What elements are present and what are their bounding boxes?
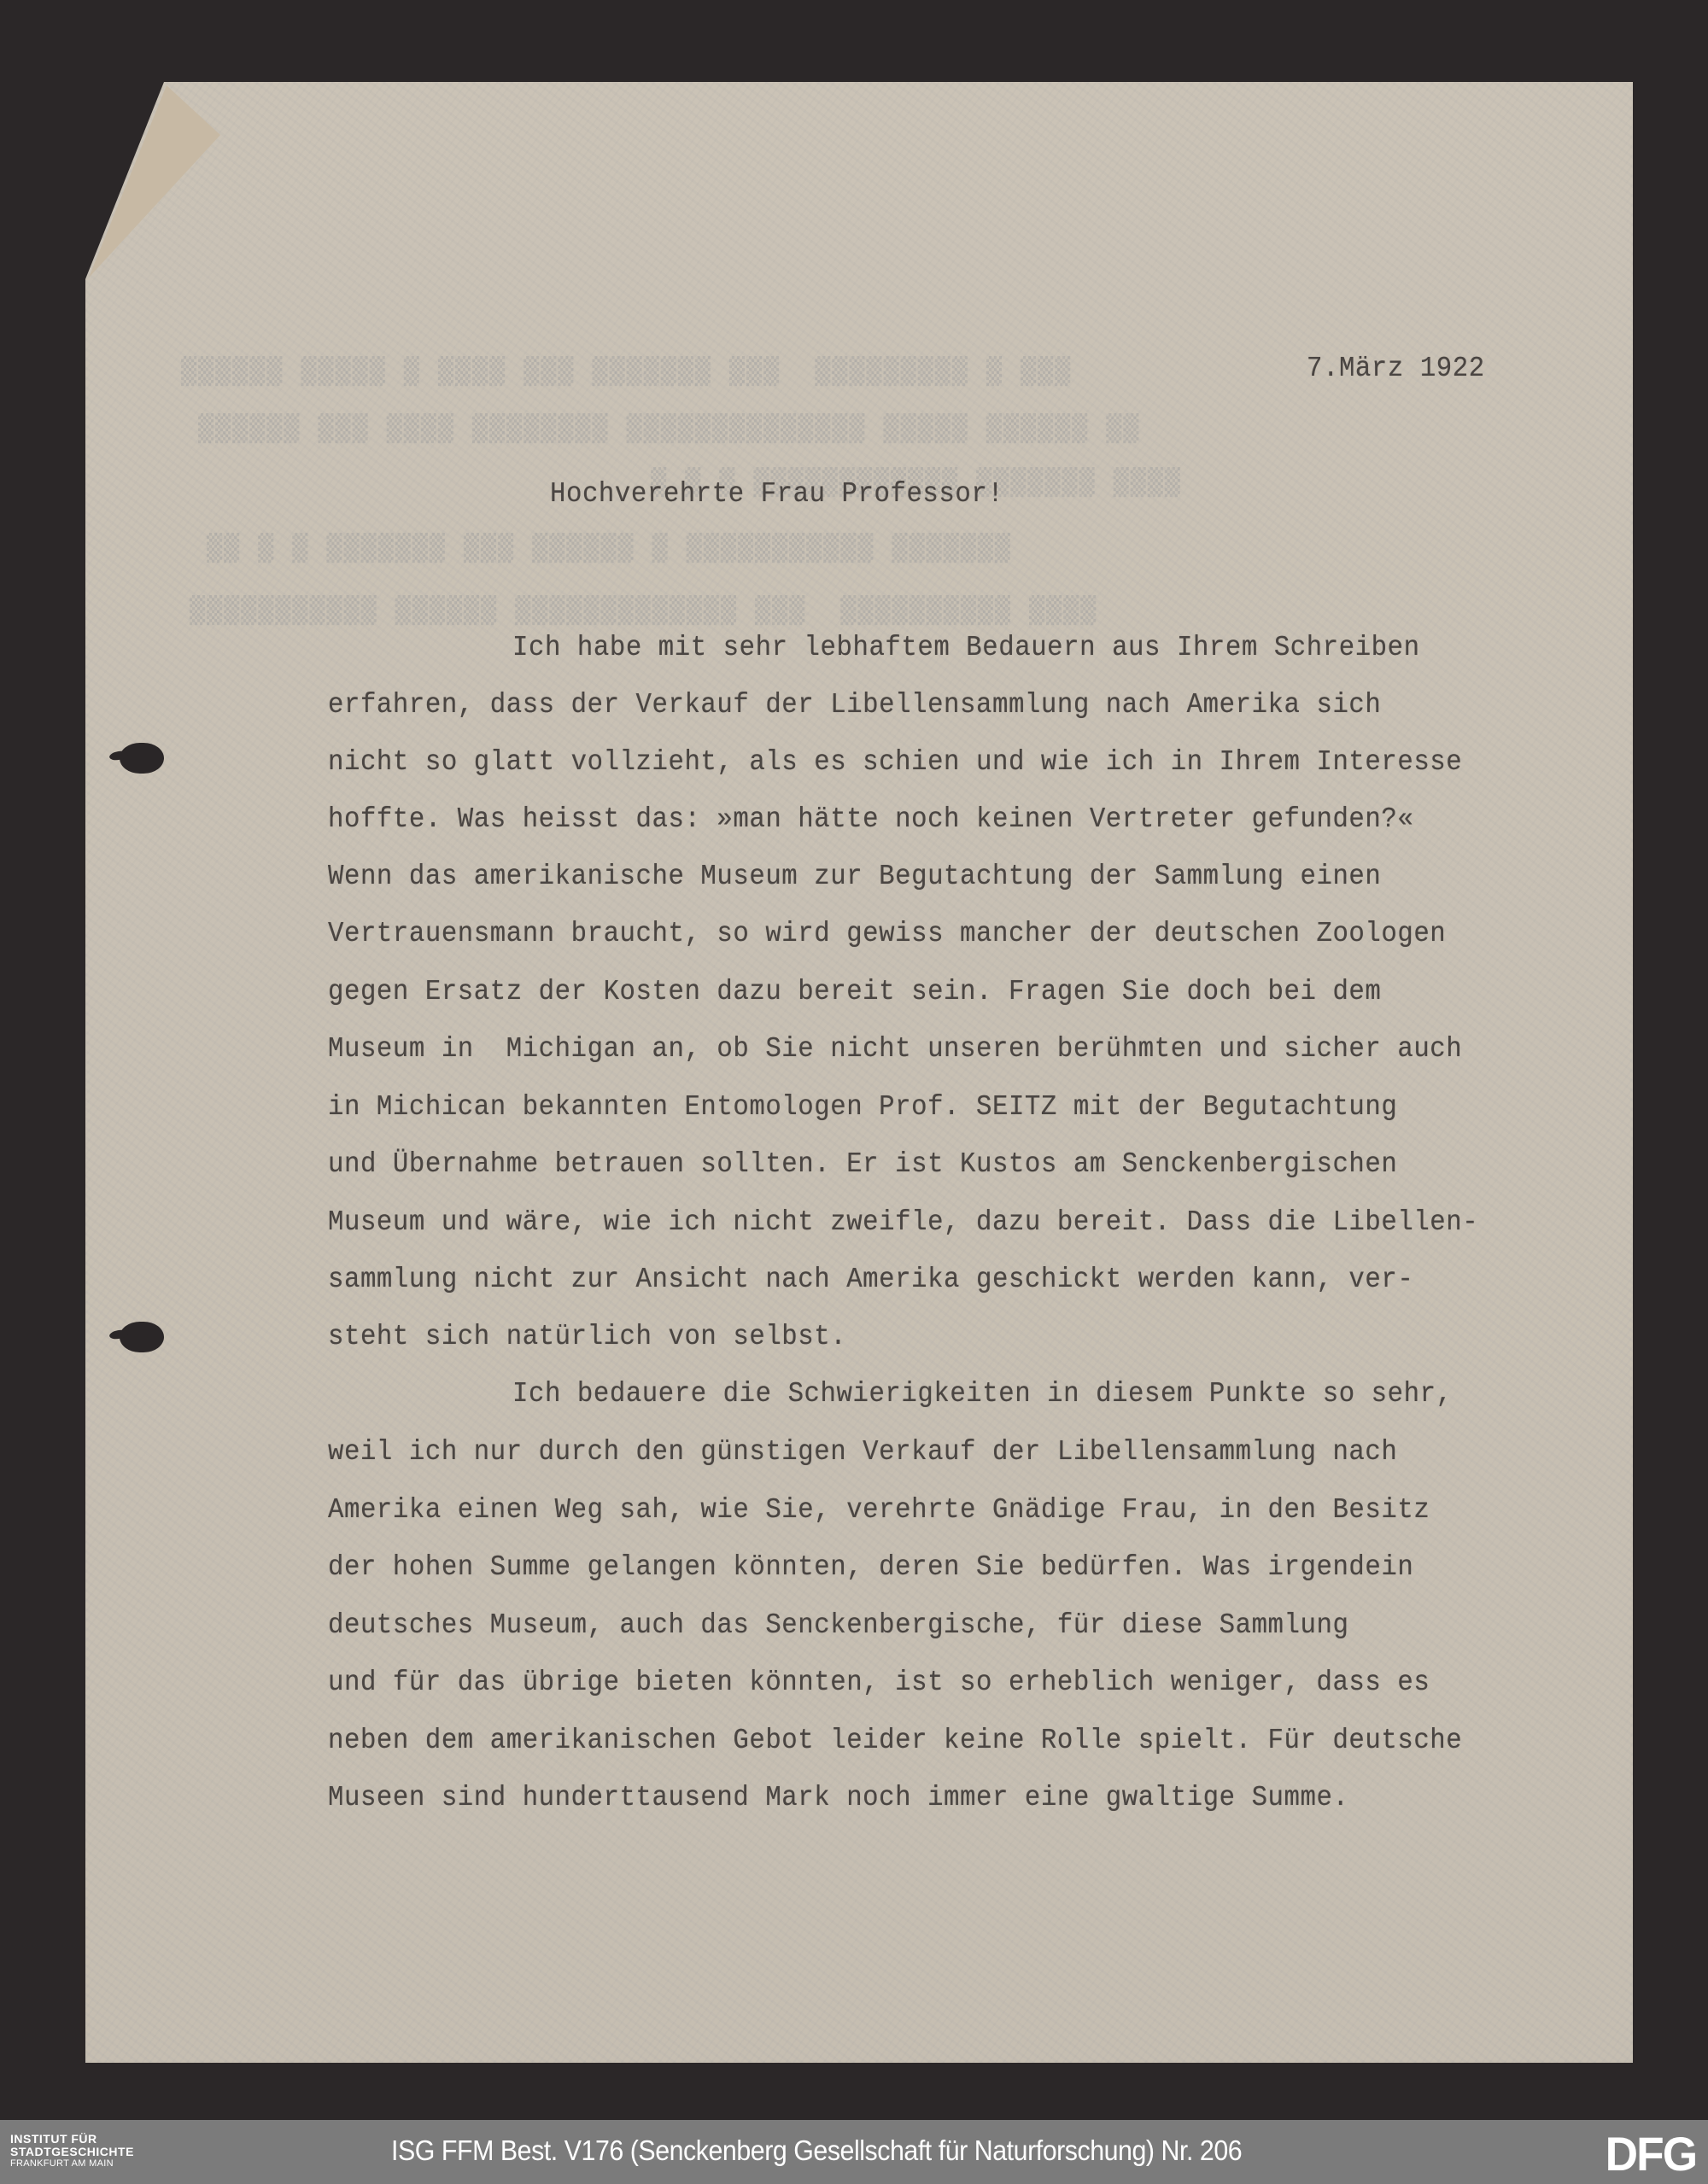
institute-name-line1: INSTITUT FÜR [10,2133,134,2145]
body-line: und Übernahme betrauen sollten. Er ist K… [328,1148,1397,1180]
body-line: hoffte. Was heisst das: »man hätte noch … [328,803,1413,835]
body-line: Wenn das amerikanische Museum zur Beguta… [328,861,1381,892]
body-line: Amerika einen Weg sah, wie Sie, verehrte… [328,1494,1430,1526]
punch-hole-bottom [120,1322,164,1352]
body-line: steht sich natürlich von selbst. [328,1321,846,1352]
show-through-text: ▒▒ ▒▒▒▒▒▒ ▒▒▒▒▒ ▒▒▒▒▒▒▒▒▒▒▒▒▒▒ ▒▒▒▒▒▒▒▒ … [196,414,1138,444]
institute-name-line2: STADTGESCHICHTE [10,2146,134,2158]
body-line: Ich bedauere die Schwierigkeiten in dies… [512,1378,1453,1410]
body-line: der hohen Summe gelangen könnten, deren … [328,1551,1413,1583]
show-through-text: ▒▒▒▒▒▒▒ ▒▒▒▒▒▒▒▒▒▒▒ ▒ ▒▒▒▒▒▒ ▒▒▒ ▒▒▒▒▒▒▒… [205,534,1010,564]
body-line: gegen Ersatz der Kosten dazu bereit sein… [328,976,1381,1007]
letter-salutation: Hochverehrte Frau Professor! [550,478,1003,510]
body-line: neben dem amerikanischen Gebot leider ke… [328,1725,1462,1756]
body-line: sammlung nicht zur Ansicht nach Amerika … [328,1264,1413,1295]
body-line: Museum in Michigan an, ob Sie nicht unse… [328,1033,1462,1065]
body-line: deutsches Museum, auch das Senckenbergis… [328,1609,1348,1641]
body-line: Vertrauensmann braucht, so wird gewiss m… [328,918,1446,949]
body-line: Museum und wäre, wie ich nicht zweifle, … [328,1206,1478,1238]
institute-location: FRANKFURT AM MAIN [10,2159,134,2169]
dfg-logo-icon: DFG [1605,2130,1696,2178]
body-line: weil ich nur durch den günstigen Verkauf… [328,1436,1397,1468]
body-line: in Michican bekannten Entomologen Prof. … [328,1091,1397,1123]
archive-footer: INSTITUT FÜR STADTGESCHICHTE FRANKFURT A… [0,2120,1708,2184]
body-line: Ich habe mit sehr lebhaftem Bedauern aus… [512,632,1420,663]
body-line: und für das übrige bieten könnten, ist s… [328,1667,1430,1698]
show-through-text: ▒▒▒▒ ▒▒▒▒▒▒▒▒▒▒ ▒▒▒ ▒▒▒▒▒▒▒▒▒▒▒▒▒ ▒▒▒▒▒▒… [188,596,1096,626]
letter-date: 7.März 1922 [1307,353,1485,384]
punch-hole-top [120,743,164,774]
institute-logo: INSTITUT FÜR STADTGESCHICHTE FRANKFURT A… [10,2133,134,2169]
body-line: Museen sind hunderttausend Mark noch imm… [328,1782,1348,1813]
show-through-text: ▒▒▒ ▒ ▒▒▒▒▒▒▒▒▒ ▒▒▒ ▒▒▒▒▒▒▒ ▒▒▒ ▒▒▒▒ ▒ ▒… [179,357,1070,387]
archive-caption: ISG FFM Best. V176 (Senckenberg Gesellsc… [391,2134,1242,2167]
body-line: nicht so glatt vollzieht, als es schien … [328,746,1462,778]
body-line: erfahren, dass der Verkauf der Libellens… [328,689,1381,721]
